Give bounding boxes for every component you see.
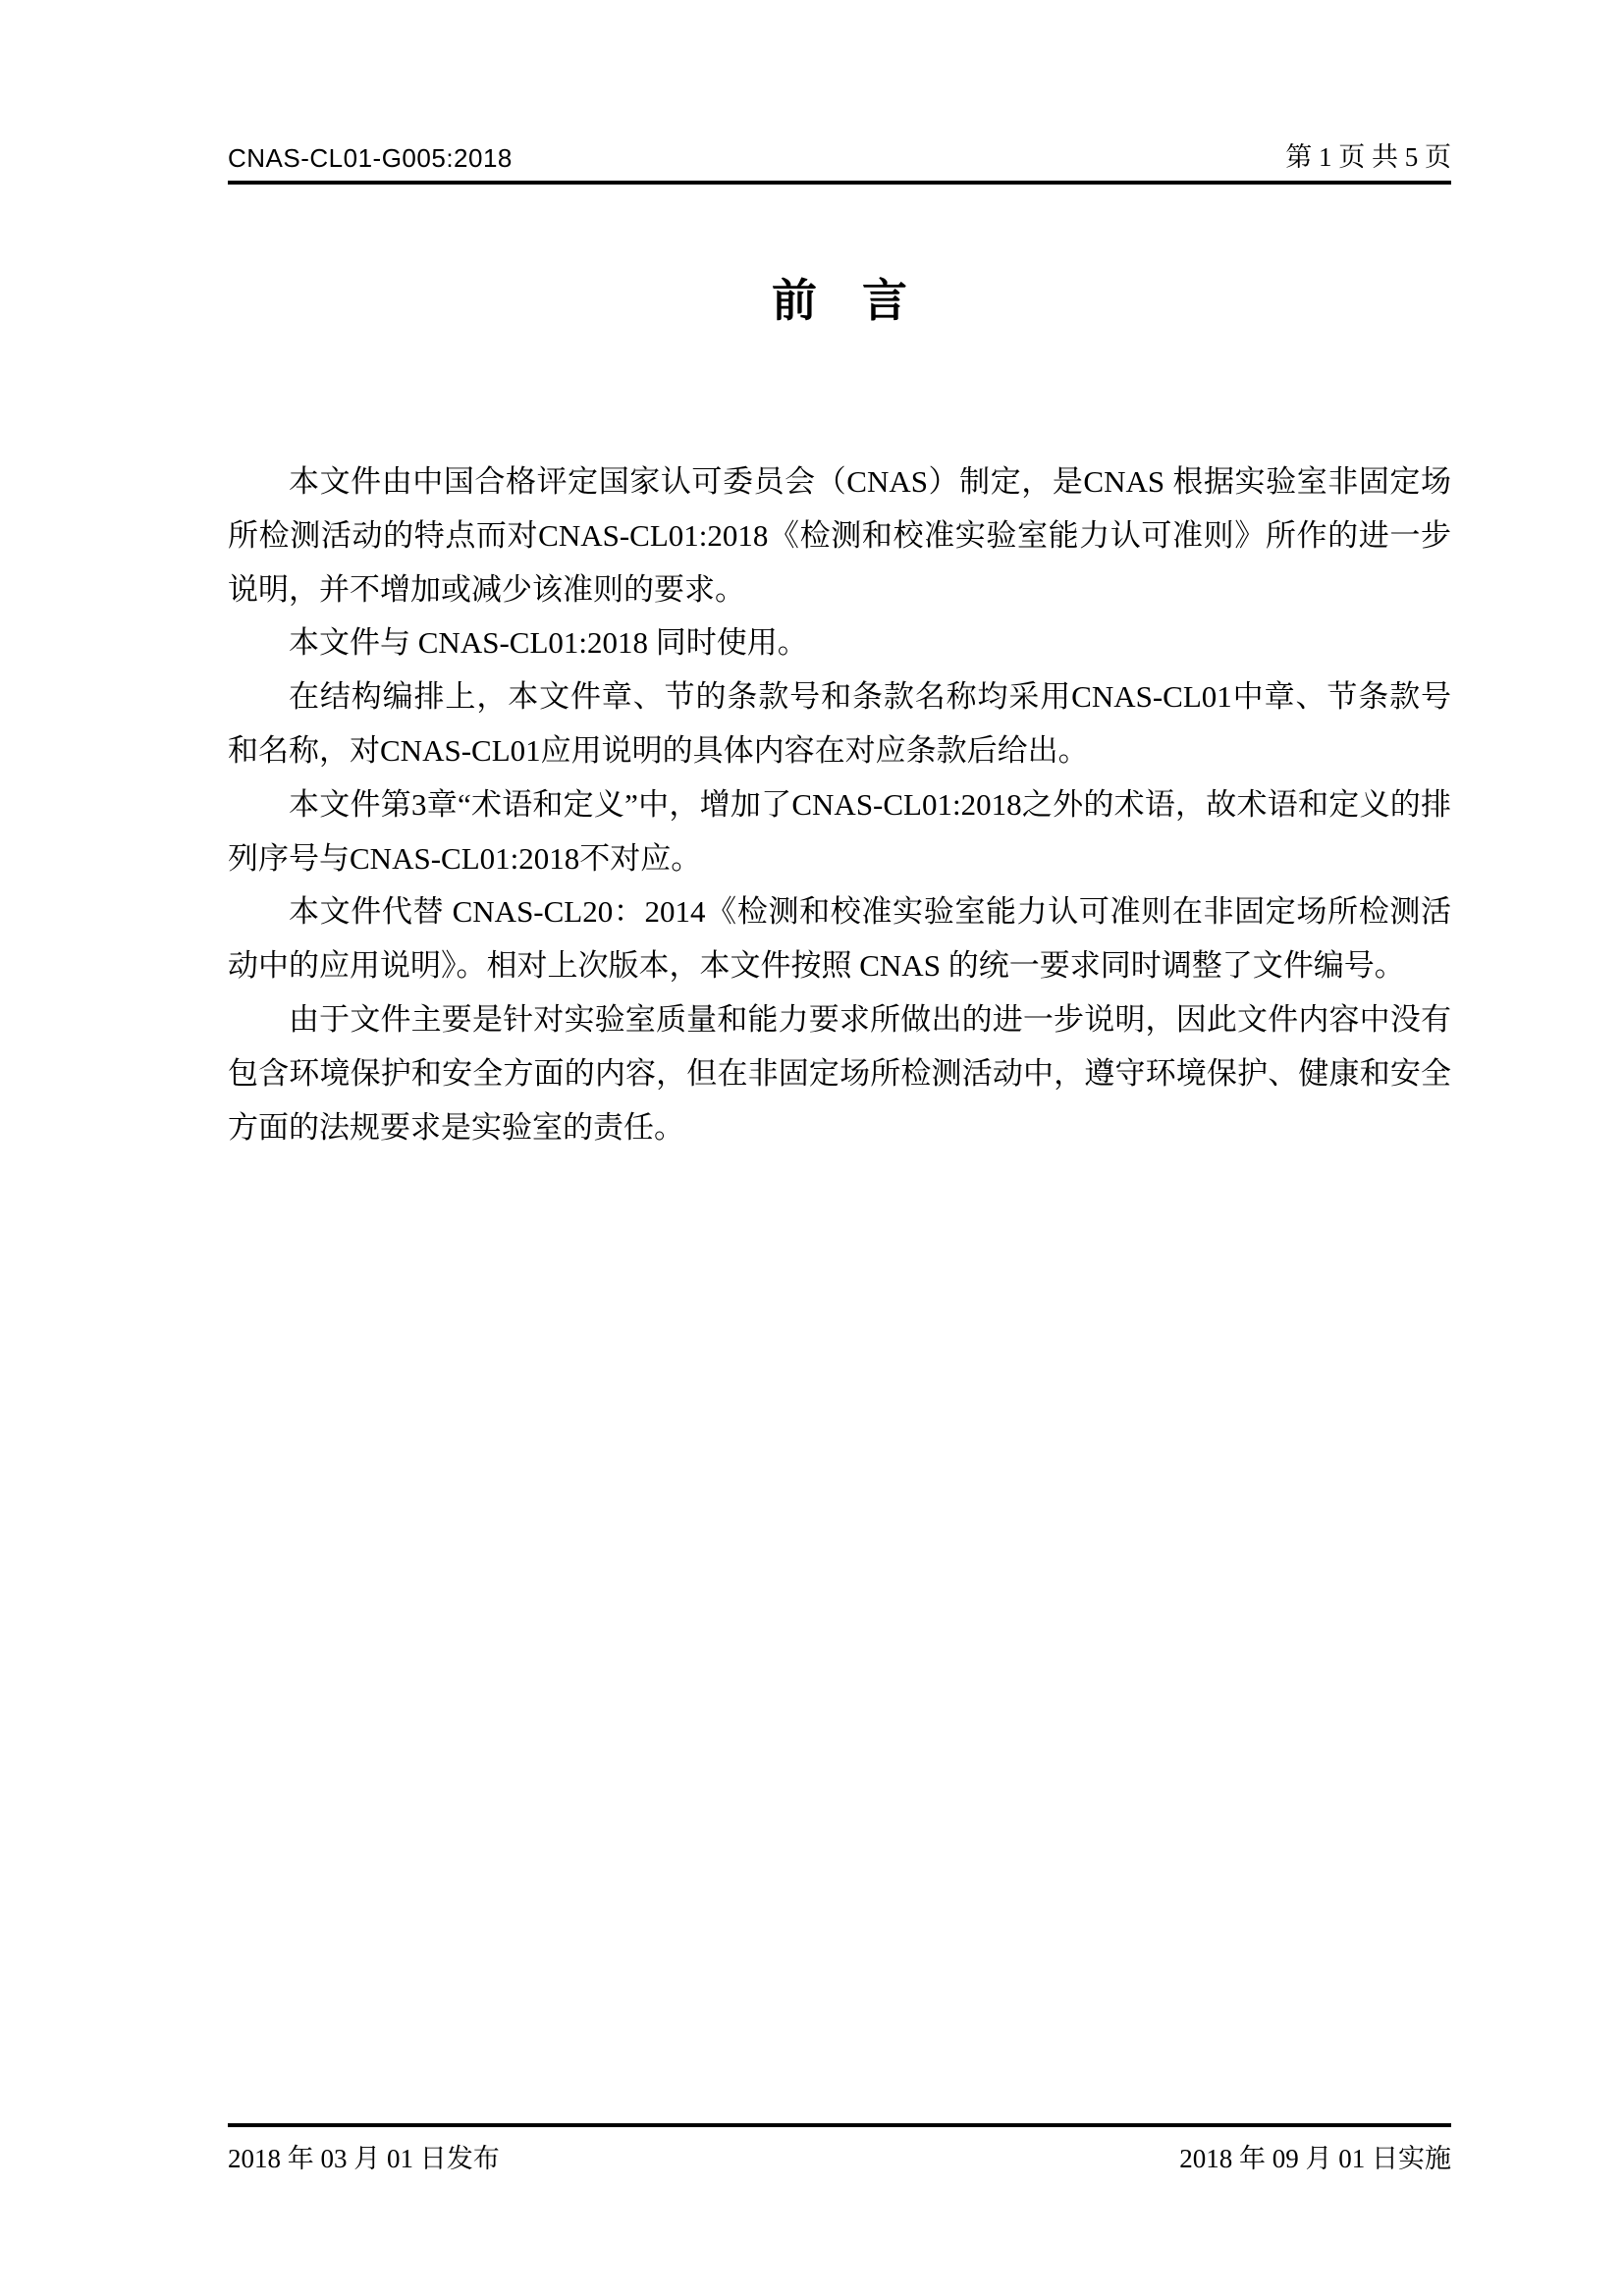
- page-footer: 2018 年 03 月 01 日发布 2018 年 09 月 01 日实施: [228, 2123, 1451, 2175]
- document-page: CNAS-CL01-G005:2018 第 1 页 共 5 页 前 言 本文件由…: [0, 0, 1624, 2296]
- document-title: 前 言: [228, 271, 1451, 330]
- foreword-paragraph: 由于文件主要是针对实验室质量和能力要求所做出的进一步说明，因此文件内容中没有包含…: [228, 993, 1451, 1154]
- implement-date: 2018 年 09 月 01 日实施: [1179, 2137, 1451, 2175]
- page-header: CNAS-CL01-G005:2018 第 1 页 共 5 页: [228, 135, 1451, 185]
- foreword-paragraph: 在结构编排上，本文件章、节的条款号和条款名称均采用CNAS-CL01中章、节条款…: [228, 670, 1451, 778]
- foreword-paragraph: 本文件与 CNAS-CL01:2018 同时使用。: [228, 616, 1451, 670]
- page-number-indicator: 第 1 页 共 5 页: [1285, 135, 1451, 174]
- foreword-paragraph: 本文件第3章“术语和定义”中，增加了CNAS-CL01:2018之外的术语，故术…: [228, 778, 1451, 886]
- publish-date: 2018 年 03 月 01 日发布: [228, 2137, 500, 2175]
- foreword-text: 本文件由中国合格评定国家认可委员会（CNAS）制定，是CNAS 根据实验室非固定…: [228, 455, 1451, 1154]
- document-code: CNAS-CL01-G005:2018: [228, 143, 513, 174]
- document-body: 前 言 本文件由中国合格评定国家认可委员会（CNAS）制定，是CNAS 根据实验…: [228, 271, 1451, 1154]
- foreword-paragraph: 本文件由中国合格评定国家认可委员会（CNAS）制定，是CNAS 根据实验室非固定…: [228, 455, 1451, 616]
- foreword-paragraph: 本文件代替 CNAS-CL20：2014《检测和校准实验室能力认可准则在非固定场…: [228, 885, 1451, 993]
